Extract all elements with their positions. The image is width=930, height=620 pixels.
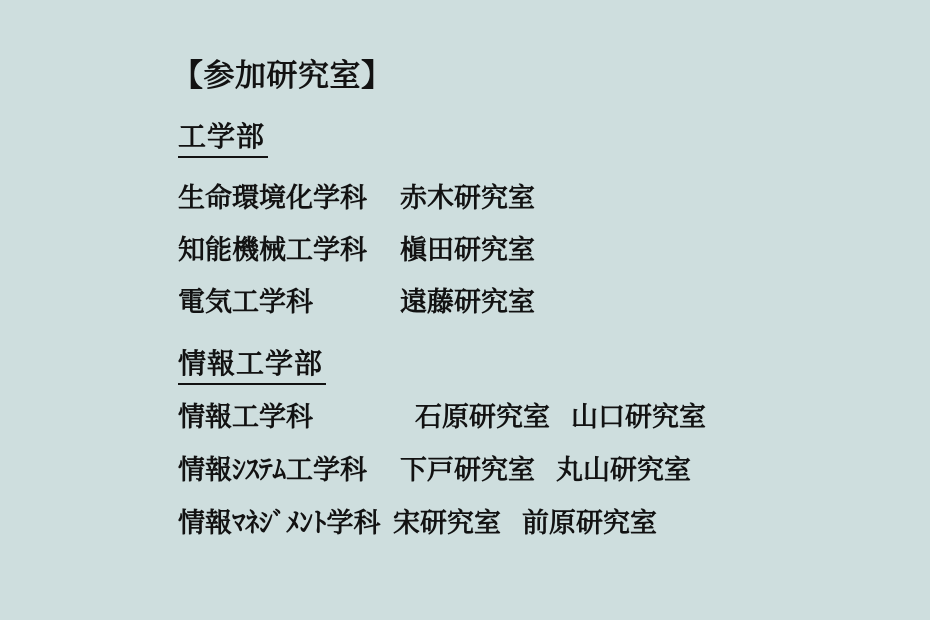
page-title: 【参加研究室】 — [172, 60, 393, 91]
lab-name: 丸山研究室 — [556, 457, 691, 484]
department-name: 生命環境化学科 — [178, 185, 367, 212]
lab-list: 石原研究室 山口研究室 — [415, 404, 706, 431]
section-heading-engineering: 工学部 — [178, 123, 268, 158]
department-name: 情報ﾏﾈｼﾞﾒﾝﾄ学科 — [178, 510, 381, 537]
lab-name: 赤木研究室 — [400, 185, 535, 212]
lab-name: 宋研究室 — [393, 510, 501, 537]
lab-name: 下戸研究室 — [400, 457, 535, 484]
slide-canvas: 【参加研究室】 工学部 生命環境化学科 赤木研究室 知能機械工学科 槇田研究室 … — [0, 0, 930, 620]
department-name: 情報ｼｽﾃﾑ工学科 — [178, 457, 367, 484]
lab-list: 宋研究室 前原研究室 — [393, 510, 657, 537]
lab-name: 前原研究室 — [522, 510, 657, 537]
section-heading-information-engineering: 情報工学部 — [178, 350, 326, 385]
lab-name: 石原研究室 — [415, 404, 550, 431]
lab-list: 下戸研究室 丸山研究室 — [400, 457, 691, 484]
lab-name: 遠藤研究室 — [400, 289, 535, 316]
lab-name: 槇田研究室 — [400, 237, 535, 264]
lab-name: 山口研究室 — [571, 404, 706, 431]
department-name: 情報工学科 — [178, 404, 313, 431]
lab-list: 遠藤研究室 — [400, 289, 535, 316]
lab-list: 赤木研究室 — [400, 185, 535, 212]
lab-list: 槇田研究室 — [400, 237, 535, 264]
department-name: 電気工学科 — [178, 289, 313, 316]
department-name: 知能機械工学科 — [178, 237, 367, 264]
